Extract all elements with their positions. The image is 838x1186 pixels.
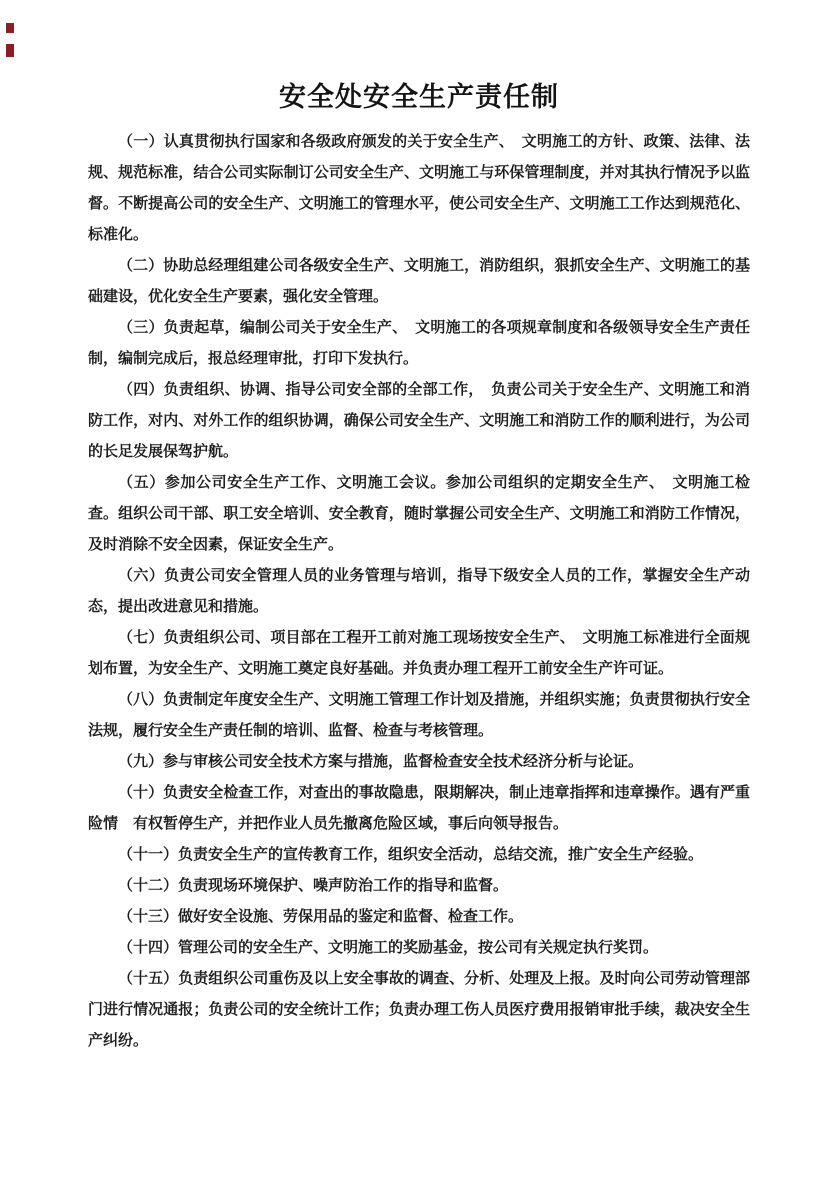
paragraph-07: （七）负责组织公司、项目部在工程开工前对施工现场按安全生产、 文明施工标准进行全… — [88, 622, 750, 684]
document-body: （一）认真贯彻执行国家和各级政府颁发的关于安全生产、 文明施工的方针、政策、法律… — [88, 126, 750, 1056]
document-page: 安全处安全生产责任制 （一）认真贯彻执行国家和各级政府颁发的关于安全生产、 文明… — [0, 0, 838, 1186]
paragraph-01: （一）认真贯彻执行国家和各级政府颁发的关于安全生产、 文明施工的方针、政策、法律… — [88, 126, 750, 250]
document-title: 安全处安全生产责任制 — [88, 80, 750, 116]
paragraph-05: （五）参加公司安全生产工作、文明施工会议。参加公司组织的定期安全生产、 文明施工… — [88, 467, 750, 560]
paragraph-08: （八）负责制定年度安全生产、文明施工管理工作计划及措施，并组织实施；负责贯彻执行… — [88, 684, 750, 746]
red-artifact-mark-bottom — [6, 44, 14, 57]
paragraph-04: （四）负责组织、协调、指导公司安全部的全部工作， 负责公司关于安全生产、文明施工… — [88, 374, 750, 467]
paragraph-10: （十）负责安全检查工作，对查出的事故隐患，限期解决，制止违章指挥和违章操作。遇有… — [88, 777, 750, 839]
paragraph-13: （十三）做好安全设施、劳保用品的鉴定和监督、检查工作。 — [88, 901, 750, 932]
paragraph-03: （三）负责起草，编制公司关于安全生产、 文明施工的各项规章制度和各级领导安全生产… — [88, 312, 750, 374]
paragraph-11: （十一）负责安全生产的宣传教育工作，组织安全活动，总结交流，推广安全生产经验。 — [88, 839, 750, 870]
red-artifact-mark-top — [6, 23, 14, 33]
paragraph-09: （九）参与审核公司安全技术方案与措施，监督检查安全技术经济分析与论证。 — [88, 746, 750, 777]
paragraph-06: （六）负责公司安全管理人员的业务管理与培训，指导下级安全人员的工作，掌握安全生产… — [88, 560, 750, 622]
paragraph-15: （十五）负责组织公司重伤及以上安全事故的调查、分析、处理及上报。及时向公司劳动管… — [88, 963, 750, 1056]
paragraph-14: （十四）管理公司的安全生产、文明施工的奖励基金，按公司有关规定执行奖罚。 — [88, 932, 750, 963]
paragraph-12: （十二）负责现场环境保护、噪声防治工作的指导和监督。 — [88, 870, 750, 901]
paragraph-02: （二）协助总经理组建公司各级安全生产、文明施工，消防组织，狠抓安全生产、文明施工… — [88, 250, 750, 312]
